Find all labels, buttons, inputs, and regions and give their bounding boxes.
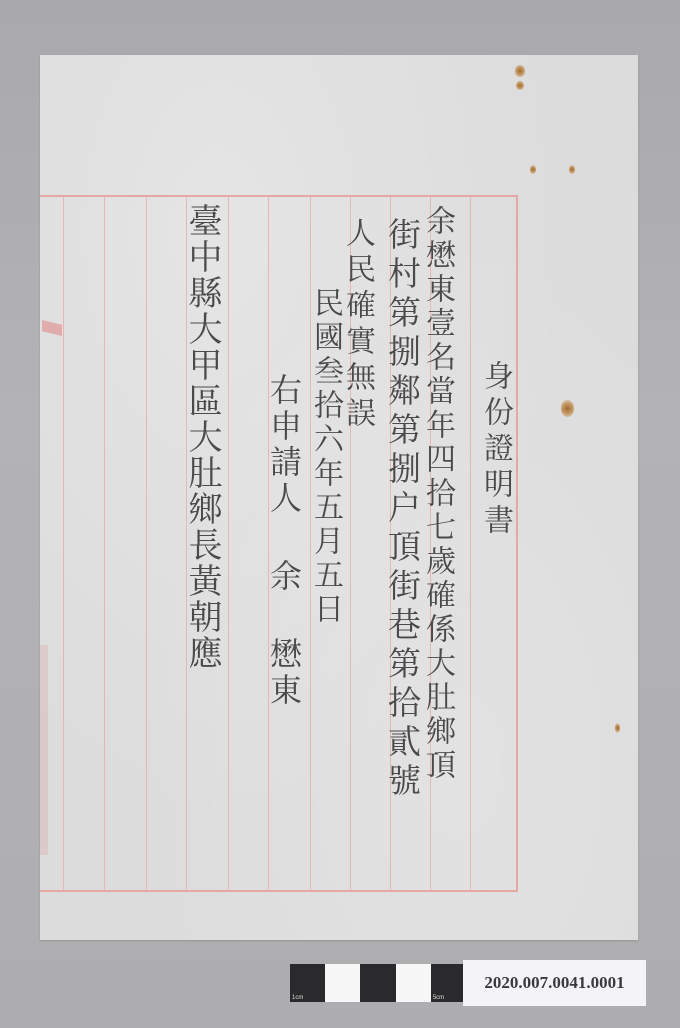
- stain-mark: [561, 400, 574, 417]
- scale-block: [396, 964, 431, 1002]
- grid-line: [228, 197, 229, 890]
- document-title: 身份證明書: [480, 360, 510, 540]
- grid-line: [470, 197, 471, 890]
- body-line-1: 余懋東壹名當年四拾七歲確係大肚鄉頂: [422, 205, 452, 783]
- document-sheet: 身份證明書 余懋東壹名當年四拾七歲確係大肚鄉頂 街村第捌鄰第捌户頂街巷第拾貳號 …: [40, 55, 638, 940]
- scale-label-end: 5cm: [433, 995, 444, 1001]
- color-scale-bar: 1cm 5cm: [290, 964, 466, 1002]
- scale-block: 1cm: [290, 964, 325, 1002]
- scale-block: [325, 964, 360, 1002]
- stain-mark: [615, 723, 620, 733]
- scale-block: 5cm: [431, 964, 466, 1002]
- applicant-line: 右申請人 余 懋東: [268, 373, 300, 709]
- stain-mark: [516, 81, 524, 90]
- stain-mark: [569, 165, 575, 174]
- scale-block: [360, 964, 395, 1002]
- grid-line: [63, 197, 64, 890]
- stain-mark: [515, 65, 525, 77]
- issuer-line: 臺中縣大甲區大肚鄉長黃朝應: [185, 203, 219, 671]
- body-line-2: 街村第捌鄰第捌户頂街巷第拾貳號: [386, 217, 419, 802]
- document-date: 民國叁拾六年五月五日: [310, 287, 340, 627]
- scale-label-start: 1cm: [292, 995, 303, 1001]
- grid-line: [104, 197, 105, 890]
- stain-mark: [530, 165, 536, 174]
- grid-line: [146, 197, 147, 890]
- body-line-3: 人民確實無誤: [342, 217, 372, 433]
- accession-number-label: 2020.007.0041.0001: [463, 960, 646, 1006]
